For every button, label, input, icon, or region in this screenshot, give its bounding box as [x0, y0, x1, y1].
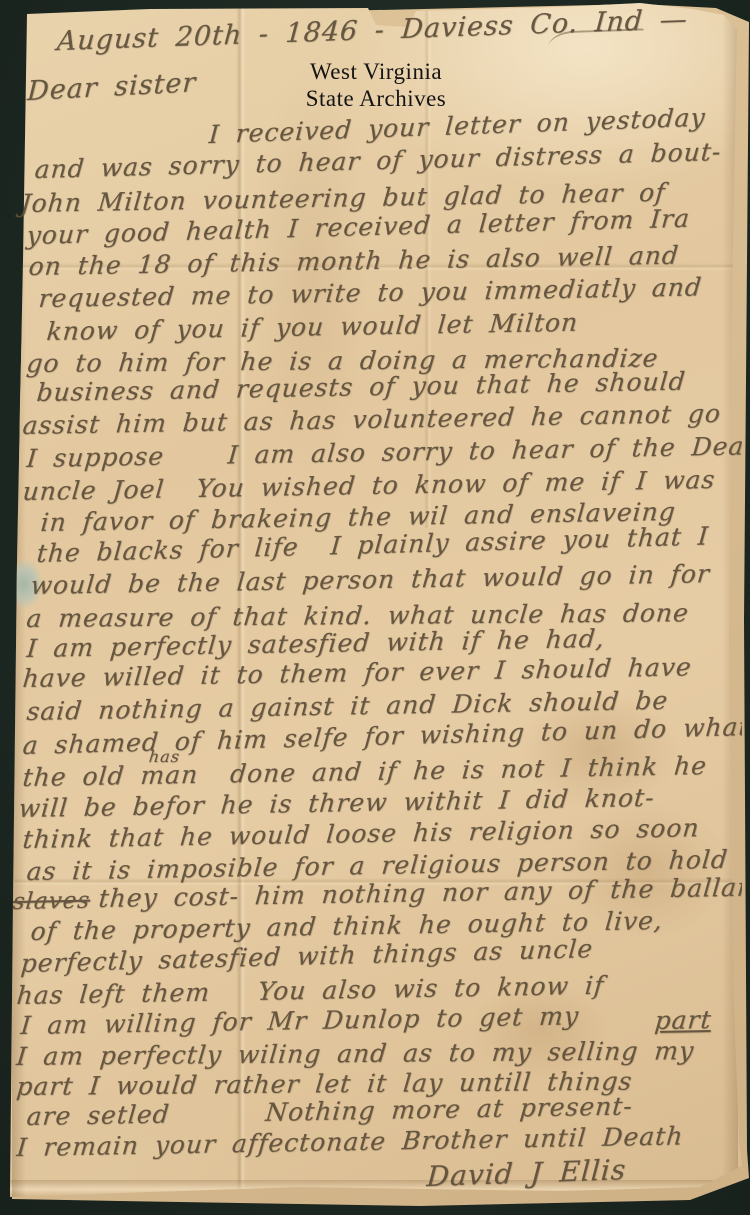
underlined-word: part — [653, 1005, 712, 1035]
letter-text-layer: August 20th - 1846 - Daviess Co. Ind —De… — [0, 0, 742, 1215]
letter-line: know of you if you would let Milton — [45, 308, 579, 346]
archive-watermark-line2: State Archives — [286, 85, 466, 112]
letter-line: and was sorry to hear of your distress a… — [34, 137, 723, 184]
archive-watermark-line1: West Virginia — [286, 58, 466, 85]
signature: David J Ellis — [426, 1153, 628, 1193]
dateline: August 20th - 1846 - Daviess Co. Ind — — [56, 4, 689, 57]
struck-word: slaves — [12, 888, 92, 915]
archive-watermark: West Virginia State Archives — [286, 58, 466, 112]
salutation: Dear sister — [26, 67, 197, 107]
letter-line: I am perfectly wiling and as to my selli… — [15, 1036, 695, 1071]
scan-background: August 20th - 1846 - Daviess Co. Ind —De… — [0, 0, 750, 1215]
